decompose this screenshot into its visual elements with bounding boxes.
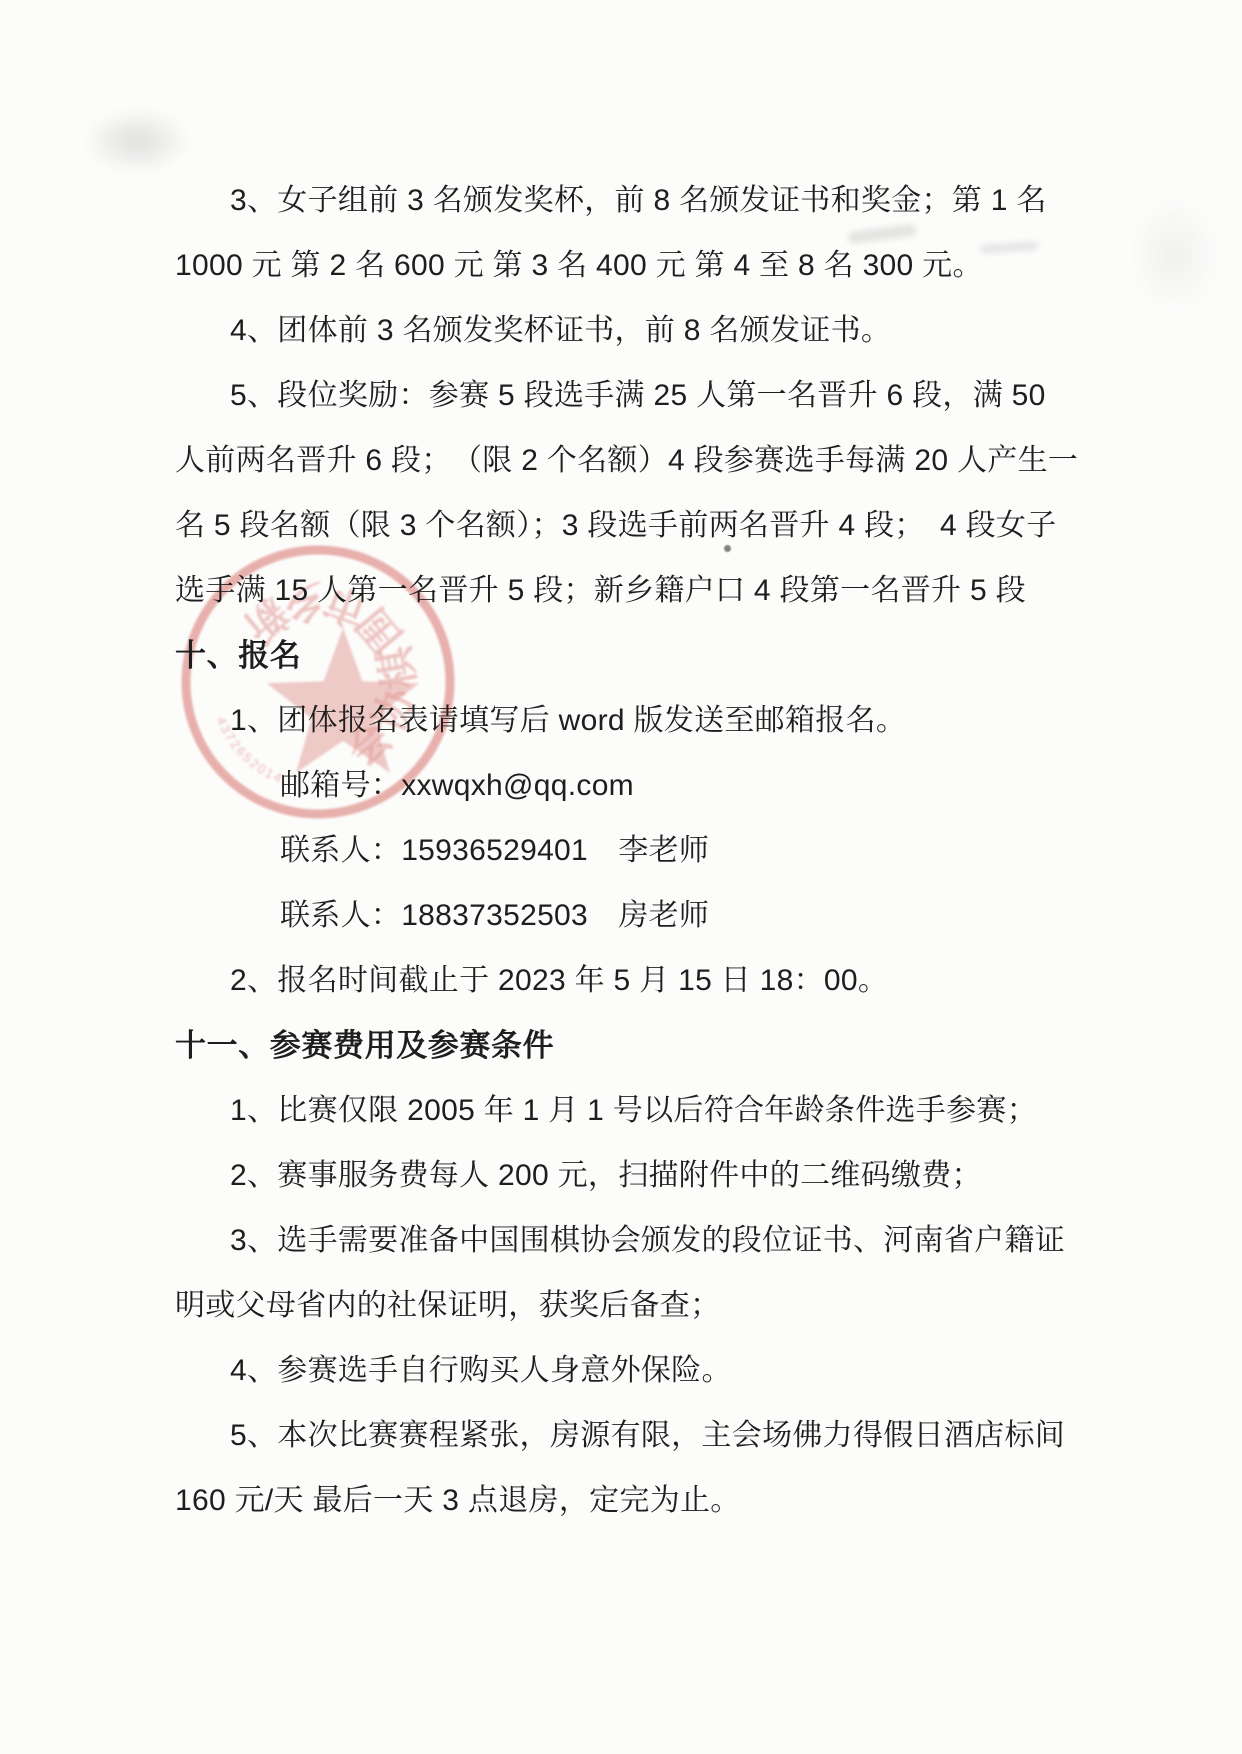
document-line: 十一、参赛费用及参赛条件 xyxy=(175,1013,1185,1078)
document-line: 十、报名 xyxy=(175,623,1185,688)
document-line: 联系人：18837352503 房老师 xyxy=(175,883,1185,948)
document-line: 1、比赛仅限 2005 年 1 月 1 号以后符合年龄条件选手参赛； xyxy=(175,1078,1185,1143)
document-line: 4、团体前 3 名颁发奖杯证书，前 8 名颁发证书。 xyxy=(175,298,1185,363)
document-line: 人前两名晋升 6 段； （限 2 个名额）4 段参赛选手每满 20 人产生一 xyxy=(175,428,1185,493)
document-line: 2、赛事服务费每人 200 元，扫描附件中的二维码缴费； xyxy=(175,1143,1185,1208)
document-line: 160 元/天 最后一天 3 点退房，定完为止。 xyxy=(175,1468,1185,1533)
document-line: 1000 元 第 2 名 600 元 第 3 名 400 元 第 4 至 8 名… xyxy=(175,233,1185,298)
document-line: 5、本次比赛赛程紧张，房源有限，主会场佛力得假日酒店标间 xyxy=(175,1403,1185,1468)
scan-smudge xyxy=(83,108,191,174)
document-line: 4、参赛选手自行购买人身意外保险。 xyxy=(175,1338,1185,1403)
document-body: 3、女子组前 3 名颁发奖杯，前 8 名颁发证书和奖金；第 1 名1000 元 … xyxy=(175,168,1185,1533)
document-line: 选手满 15 人第一名晋升 5 段；新乡籍户口 4 段第一名晋升 5 段 xyxy=(175,558,1185,623)
scanned-document-page: 新乡市围棋协会 4102562734 3、女子组前 3 名颁发奖杯，前 8 名颁… xyxy=(0,0,1242,1754)
document-line: 3、女子组前 3 名颁发奖杯，前 8 名颁发证书和奖金；第 1 名 xyxy=(175,168,1185,233)
document-line: 1、团体报名表请填写后 word 版发送至邮箱报名。 xyxy=(175,688,1185,753)
document-line: 邮箱号：xxwqxh@qq.com xyxy=(175,753,1185,818)
document-line: 5、段位奖励：参赛 5 段选手满 25 人第一名晋升 6 段，满 50 xyxy=(175,363,1185,428)
document-line: 联系人：15936529401 李老师 xyxy=(175,818,1185,883)
document-line: 明或父母省内的社保证明，获奖后备查； xyxy=(175,1273,1185,1338)
document-line: 名 5 段名额（限 3 个名额）；3 段选手前两名晋升 4 段； 4 段女子 xyxy=(175,493,1185,558)
document-line: 2、报名时间截止于 2023 年 5 月 15 日 18：00。 xyxy=(175,948,1185,1013)
document-line: 3、选手需要准备中国围棋协会颁发的段位证书、河南省户籍证 xyxy=(175,1208,1185,1273)
